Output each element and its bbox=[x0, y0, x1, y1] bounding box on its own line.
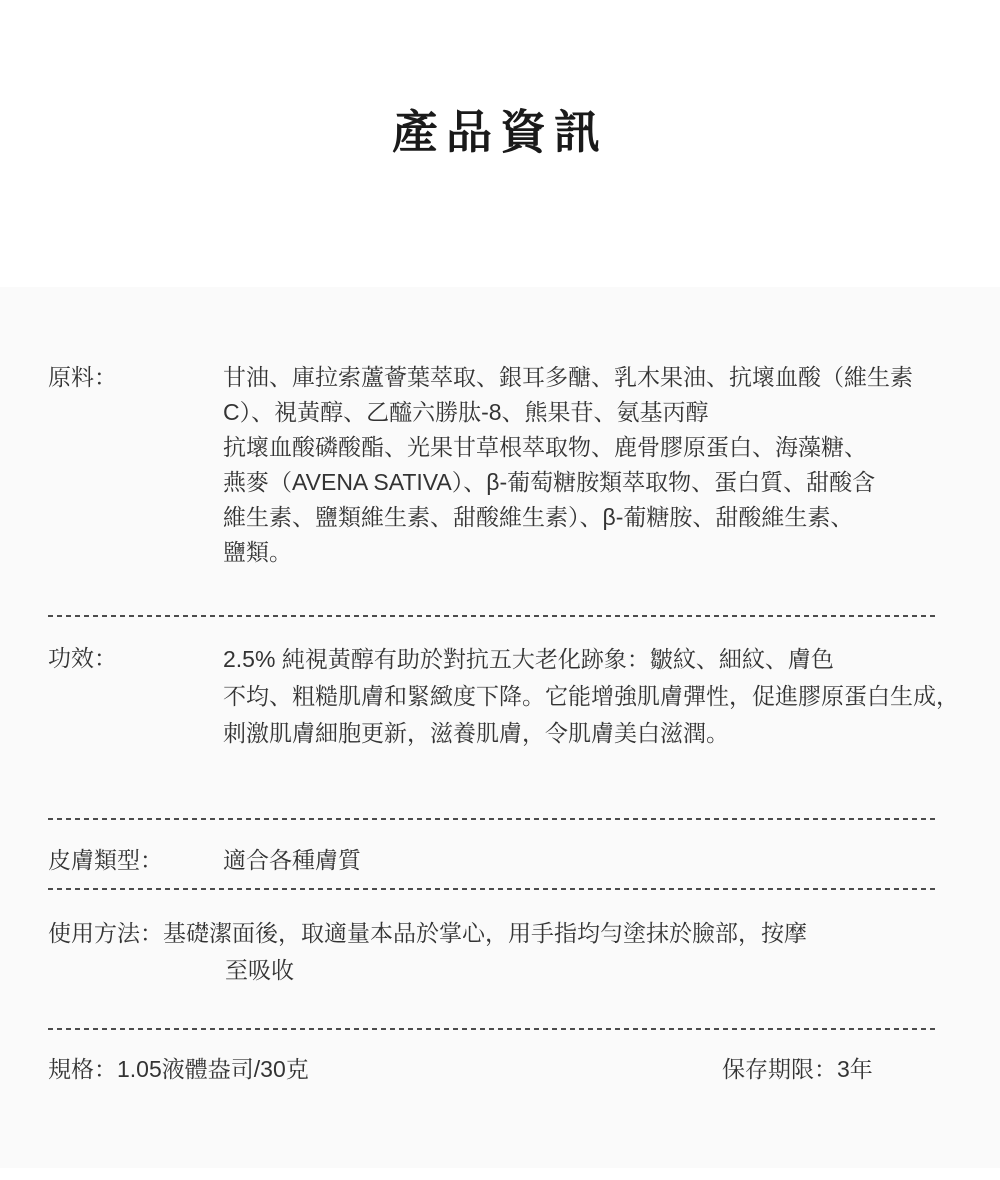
ingredients-line: 維生素、鹽類維生素、甜酸維生素）、β-葡糖胺、甜酸維生素、 bbox=[223, 500, 913, 535]
page-title: 產品資訊 bbox=[0, 96, 1000, 162]
efficacy-line: 不均、粗糙肌膚和緊緻度下降。它能增強肌膚彈性，促進膠原蛋白生成， bbox=[223, 678, 959, 715]
usage-line-2: 至吸收 bbox=[225, 953, 294, 988]
section-divider bbox=[48, 818, 936, 820]
section-divider bbox=[48, 615, 936, 617]
spec-size: 規格：1.05液體盎司/30克 bbox=[48, 1052, 309, 1087]
efficacy-content: 2.5% 純視黃醇有助於對抗五大老化跡象：皺紋、細紋、膚色 不均、粗糙肌膚和緊緻… bbox=[223, 641, 959, 752]
efficacy-label: 功效： bbox=[48, 641, 117, 676]
usage-line-1: 使用方法：基礎潔面後，取適量本品於掌心，用手指均勻塗抹於臉部，按摩 bbox=[48, 916, 807, 951]
product-info-card: 原料： 甘油、庫拉索蘆薈葉萃取、銀耳多醣、乳木果油、抗壞血酸（維生素 C）、視黃… bbox=[0, 287, 1000, 1168]
efficacy-line: 2.5% 純視黃醇有助於對抗五大老化跡象：皺紋、細紋、膚色 bbox=[223, 641, 959, 678]
usage-label: 使用方法： bbox=[48, 920, 163, 946]
spec-shelf-life: 保存期限：3年 bbox=[722, 1052, 873, 1087]
ingredients-line: 鹽類。 bbox=[223, 535, 913, 570]
skin-type-value: 適合各種膚質 bbox=[223, 843, 361, 878]
ingredients-label: 原料： bbox=[48, 360, 117, 395]
ingredients-line: 甘油、庫拉索蘆薈葉萃取、銀耳多醣、乳木果油、抗壞血酸（維生素 bbox=[223, 360, 913, 395]
ingredients-content: 甘油、庫拉索蘆薈葉萃取、銀耳多醣、乳木果油、抗壞血酸（維生素 C）、視黃醇、乙醯… bbox=[223, 360, 913, 570]
efficacy-line: 刺激肌膚細胞更新，滋養肌膚，令肌膚美白滋潤。 bbox=[223, 715, 959, 752]
section-divider bbox=[48, 1028, 936, 1030]
skin-type-label: 皮膚類型： bbox=[48, 843, 163, 878]
ingredients-line: 抗壞血酸磷酸酯、光果甘草根萃取物、鹿骨膠原蛋白、海藻糖、 bbox=[223, 430, 913, 465]
product-info-page: 產品資訊 原料： 甘油、庫拉索蘆薈葉萃取、銀耳多醣、乳木果油、抗壞血酸（維生素 … bbox=[0, 0, 1000, 1180]
ingredients-line: C）、視黃醇、乙醯六勝肽-8、熊果苷、氨基丙醇 bbox=[223, 395, 913, 430]
section-divider bbox=[48, 888, 936, 890]
ingredients-line: 燕麥（AVENA SATIVA）、β-葡萄糖胺類萃取物、蛋白質、甜酸含 bbox=[223, 465, 913, 500]
usage-text: 基礎潔面後，取適量本品於掌心，用手指均勻塗抹於臉部，按摩 bbox=[163, 920, 807, 946]
